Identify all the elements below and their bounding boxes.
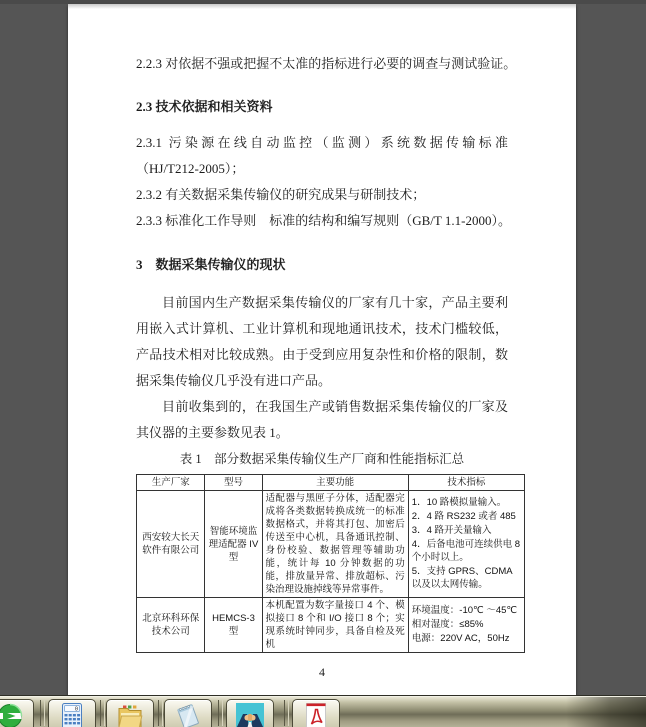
cell-model: HEMCS-3 型: [205, 598, 262, 653]
adobe-reader-icon: [303, 703, 329, 727]
col-header-model: 型号: [205, 475, 262, 491]
taskbar-button-adobe-reader[interactable]: [292, 699, 340, 727]
spec-line: 环境温度：-10℃ ～45℃: [412, 604, 521, 617]
col-header-manufacturer: 生产厂家: [137, 475, 205, 491]
heading-3: 3 数据采集传输仪的现状: [136, 252, 508, 278]
spec-table: 生产厂家 型号 主要功能 技术指标 西安较大长天软件有限公司 智能环境监理适配器…: [136, 474, 525, 653]
document-page: 2.2.3 对依据不强或把握不太准的指标进行必要的调查与测试验证。 2.3 技术…: [68, 4, 576, 695]
clause-2-2-3: 2.2.3 对依据不强或把握不太准的指标进行必要的调查与测试验证。: [136, 51, 508, 77]
clause-2-3-1-line1: 2.3.1 污染源在线自动监控（监测）系统数据传输标准: [136, 130, 508, 156]
taskbar-separator: [218, 700, 223, 726]
clause-2-3-2: 2.3.2 有关数据采集传输仪的研究成果与研制技术；: [136, 182, 508, 208]
paragraph-collected: 目前收集到的，在我国生产或销售数据采集传输仪的厂家及其仪器的主要参数见表 1。: [136, 394, 508, 446]
heading-2-3: 2.3 技术依据和相关资料: [136, 94, 508, 120]
notepad-icon: [175, 703, 201, 727]
clause-2-3-3: 2.3.3 标准化工作导则 标准的结构和编写规则（GB/T 1.1-2000）。: [136, 208, 508, 234]
cell-specs: 环境温度：-10℃ ～45℃ 相对湿度：≤85% 电源：220V AC，50Hz: [408, 598, 524, 653]
table-header-row: 生产厂家 型号 主要功能 技术指标: [137, 475, 525, 491]
cell-manufacturer: 西安较大长天软件有限公司: [137, 491, 205, 598]
document-content: 2.2.3 对依据不强或把握不太准的指标进行必要的调查与测试验证。 2.3 技术…: [68, 4, 576, 685]
folder-icon: [117, 703, 143, 727]
taskbar: 0: [0, 696, 646, 727]
cell-specs: 1．10 路模拟量输入。 2．4 路 RS232 或者 485 3．4 路开关量…: [408, 491, 524, 598]
spec-line: 3．4 路开关量输入: [412, 524, 521, 537]
taskbar-separator: [100, 700, 105, 726]
taskbar-separator: [158, 700, 163, 726]
handshake-icon: [236, 703, 264, 727]
table-row: 西安较大长天软件有限公司 智能环境监理适配器 IV 型 适配器与黑匣子分体，适配…: [137, 491, 525, 598]
page-number: 4: [136, 659, 508, 685]
taskbar-separator: [284, 700, 289, 726]
cell-manufacturer: 北京环科环保技术公司: [137, 598, 205, 653]
spec-line: 电源：220V AC，50Hz: [412, 632, 521, 645]
cell-functions: 本机配置为数字量接口 4 个、模拟接口 8 个和 I/O 接口 8 个；实现系统…: [262, 598, 408, 653]
spec-line: 1．10 路模拟量输入。: [412, 496, 521, 509]
desktop: 2.2.3 对依据不强或把握不太准的指标进行必要的调查与测试验证。 2.3 技术…: [0, 0, 646, 727]
taskbar-button-file-manager[interactable]: [106, 699, 154, 727]
cell-model: 智能环境监理适配器 IV 型: [205, 491, 262, 598]
spec-line: 5．支持 GPRS、CDMA 以及以太网传输。: [412, 565, 521, 591]
taskbar-button-calculator[interactable]: 0: [48, 699, 96, 727]
table-row: 北京环科环保技术公司 HEMCS-3 型 本机配置为数字量接口 4 个、模拟接口…: [137, 598, 525, 653]
taskbar-separator: [40, 700, 45, 726]
taskbar-button-handshake-app[interactable]: [226, 699, 274, 727]
calculator-icon: 0: [59, 703, 85, 727]
spec-line: 2．4 路 RS232 或者 485: [412, 510, 521, 523]
green-app-icon: [0, 703, 23, 727]
cell-functions: 适配器与黑匣子分体，适配器完成将各类数据转换成统一的标准数据格式，并将其打包、加…: [262, 491, 408, 598]
col-header-specs: 技术指标: [408, 475, 524, 491]
spec-line: 相对湿度：≤85%: [412, 618, 521, 631]
taskbar-button-notepad[interactable]: [164, 699, 212, 727]
table-caption: 表 1 部分数据采集传输仪生产厂商和性能指标汇总: [136, 446, 508, 472]
taskbar-right-shade: [566, 697, 646, 727]
taskbar-button-green-app[interactable]: [0, 699, 34, 727]
col-header-functions: 主要功能: [262, 475, 408, 491]
clause-2-3-1-line2: （HJ/T212-2005）；: [136, 156, 508, 182]
svg-text:0: 0: [75, 707, 78, 713]
spec-line: 4．后备电池可连续供电 8 个小时以上。: [412, 538, 521, 564]
paragraph-status: 目前国内生产数据采集传输仪的厂家有几十家，产品主要利用嵌入式计算机、工业计算机和…: [136, 290, 508, 394]
